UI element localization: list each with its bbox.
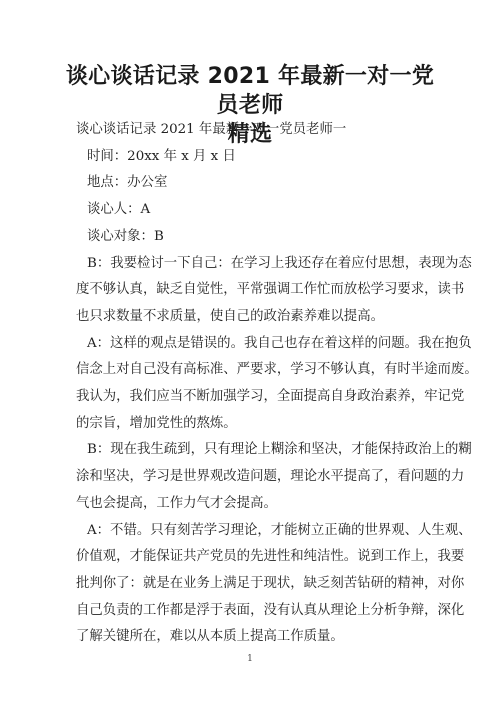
paragraph-line: 也只求数量不求质量，使自己的政治素养难以提高。	[76, 304, 426, 331]
paragraph-line: 价值观，才能保证共产党员的先进性和纯洁性。说到工作上，我要	[76, 544, 426, 571]
paragraph-line: 气也会提高，工作力气才会提高。	[76, 491, 426, 518]
paragraph-line: B：现在我生疏到，只有理论上糊涂和坚决，才能保持政治上的糊	[76, 437, 426, 464]
document-page: 谈心谈话记录 2021 年最新一对一党员老师 精选 谈心谈话记录 2021 年最…	[0, 0, 500, 708]
meta-talker: 谈心人：A	[76, 197, 426, 224]
document-body: 谈心谈话记录 2021 年最新一对一党员老师一 时间：20xx 年 x 月 x …	[76, 117, 426, 651]
paragraph-line: 我认为，我们应当不断加强学习，全面提高自身政治素养，牢记党	[76, 384, 426, 411]
meta-time: 时间：20xx 年 x 月 x 日	[76, 144, 426, 171]
paragraph-line: A：这样的观点是错误的。我自己也存在着这样的问题。我在抱负	[76, 331, 426, 358]
paragraph-line: 自己负责的工作都是浮于表面，没有认真从理论上分析争辩，深化	[76, 598, 426, 625]
meta-place: 地点：办公室	[76, 170, 426, 197]
subtitle: 谈心谈话记录 2021 年最新一对一党员老师一	[76, 117, 426, 144]
paragraph-line: 批判你了：就是在业务上满足于现状，缺乏刻苦钻研的精神，对你	[76, 571, 426, 598]
paragraph-line: 度不够认真，缺乏自觉性，平常强调工作忙而放松学习要求，读书	[76, 277, 426, 304]
title-line-1: 谈心谈话记录 2021 年最新一对一党员老师	[60, 62, 440, 120]
paragraph-b-1: B：我要检讨一下自己：在学习上我还存在着应付思想，表现为态 度不够认真，缺乏自觉…	[76, 251, 426, 331]
paragraph-line: 了解关键所在，难以从本质上提高工作质量。	[76, 624, 426, 651]
paragraph-line: 的宗旨，增加党性的熬炼。	[76, 411, 426, 438]
paragraph-b-2: B：现在我生疏到，只有理论上糊涂和坚决，才能保持政治上的糊 涂和坚决，学习是世界…	[76, 437, 426, 517]
paragraph-line: A：不错。只有刻苦学习理论，才能树立正确的世界观、人生观、	[76, 518, 426, 545]
paragraph-line: 涂和坚决，学习是世界观改造问题，理论水平提高了，看问题的力	[76, 464, 426, 491]
paragraph-line: B：我要检讨一下自己：在学习上我还存在着应付思想，表现为态	[76, 251, 426, 278]
page-number: 1	[244, 654, 256, 664]
meta-target: 谈心对象：B	[76, 224, 426, 251]
paragraph-line: 信念上对自己没有高标准、严要求，学习不够认真，有时半途而废。	[76, 357, 426, 384]
paragraph-a-1: A：这样的观点是错误的。我自己也存在着这样的问题。我在抱负 信念上对自己没有高标…	[76, 331, 426, 438]
paragraph-a-2: A：不错。只有刻苦学习理论，才能树立正确的世界观、人生观、 价值观，才能保证共产…	[76, 518, 426, 652]
